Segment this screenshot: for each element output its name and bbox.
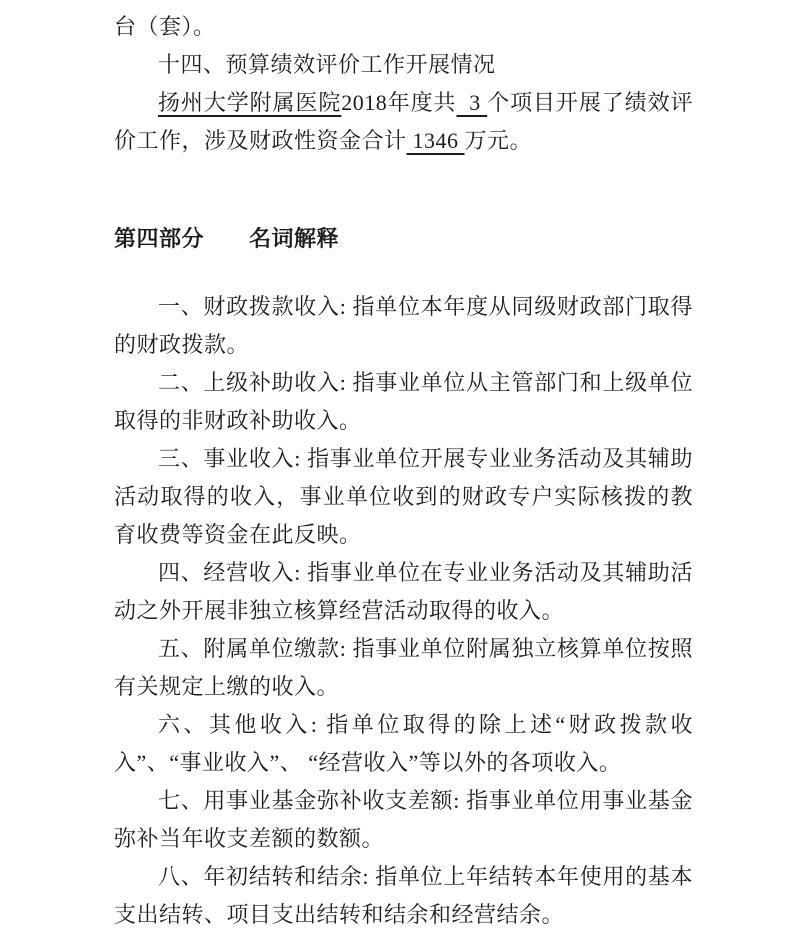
intro-text-after-amount: 万元。 [465,128,533,153]
intro-text-after-org: 2018年度共 [341,90,456,115]
section-14-heading: 十四、预算绩效评价工作开展情况 [114,46,693,84]
definition-paragraph: 三、事业收入: 指事业单位开展专业业务活动及其辅助活动取得的收入，事业单位收到的… [114,440,693,554]
definition-paragraph: 二、上级补助收入: 指事业单位从主管部门和上级单位取得的非财政补助收入。 [114,364,693,440]
project-count-underlined: 3 [456,90,487,115]
definition-paragraph: 五、附属单位缴款: 指事业单位附属独立核算单位按照有关规定上缴的收入。 [114,630,693,706]
definition-paragraph: 四、经营收入: 指事业单位在专业业务活动及其辅助活动之外开展非独立核算经营活动取… [114,554,693,630]
part4-title: 第四部分 名词解释 [114,220,693,258]
document-page: 台（套）。 十四、预算绩效评价工作开展情况 扬州大学附属医院2018年度共 3 … [0,0,793,934]
definition-paragraph: 一、财政拨款收入: 指单位本年度从同级财政部门取得的财政拨款。 [114,288,693,364]
carryover-line: 台（套）。 [114,8,693,46]
performance-evaluation-paragraph: 扬州大学附属医院2018年度共 3 个项目开展了绩效评价工作，涉及财政性资金合计… [114,84,693,160]
funds-amount-underlined: 1346 [407,128,465,153]
definition-paragraph: 六、其他收入: 指单位取得的除上述“财政拨款收入”、“事业收入”、 “经营收入”… [114,706,693,782]
org-name-underlined: 扬州大学附属医院 [158,90,341,115]
definition-paragraph: 七、用事业基金弥补收支差额: 指事业单位用事业基金弥补当年收支差额的数额。 [114,782,693,858]
definition-paragraph: 八、年初结转和结余: 指单位上年结转本年使用的基本支出结转、项目支出结转和结余和… [114,858,693,934]
